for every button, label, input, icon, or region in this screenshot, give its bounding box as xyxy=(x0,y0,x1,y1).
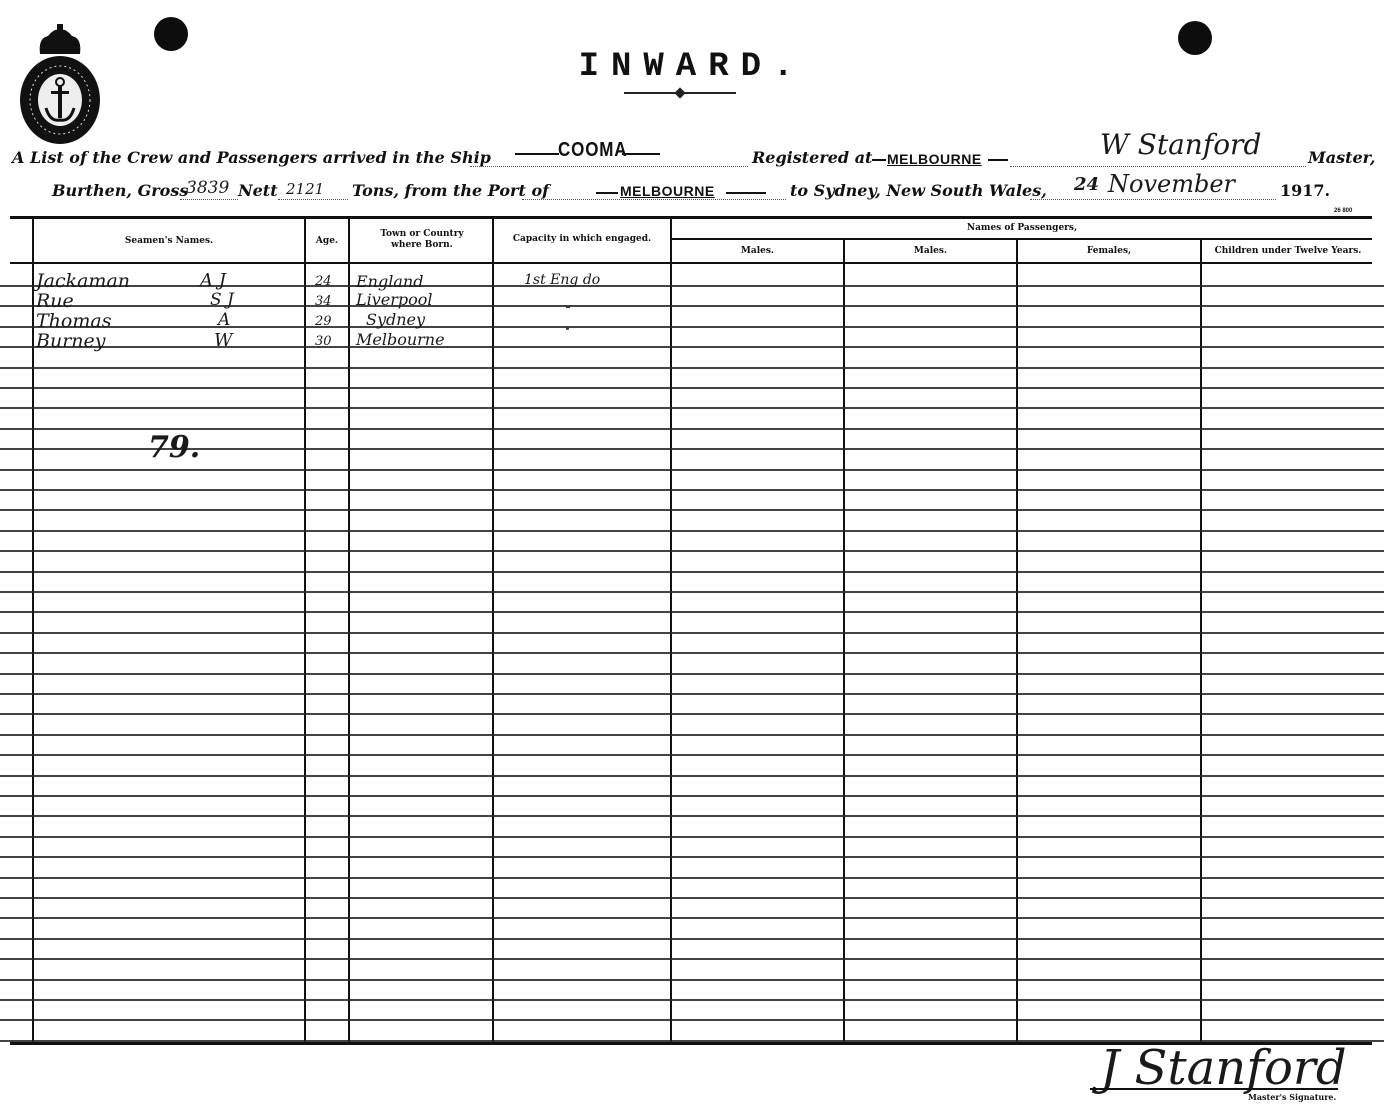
ruled-line xyxy=(0,979,1384,981)
row-1-surname: Jackaman xyxy=(36,270,130,292)
ship-name: COOMA xyxy=(558,139,627,162)
port-dash-right xyxy=(726,192,766,194)
ruled-line xyxy=(0,754,1384,756)
master-dotted-line xyxy=(1010,166,1306,167)
arrival-year: 1917. xyxy=(1280,181,1330,200)
col-line-males2 xyxy=(843,240,845,1044)
row-2-surname: Rue xyxy=(36,290,74,312)
ruled-line xyxy=(0,897,1384,899)
row-3-surname: Thomas xyxy=(36,310,111,332)
list-intro-label: A List of the Crew and Passengers arrive… xyxy=(12,148,491,167)
ruled-line xyxy=(0,958,1384,960)
ruled-line xyxy=(0,856,1384,858)
arrival-day: 24 xyxy=(1074,174,1099,195)
row-3-born: Sydney xyxy=(366,310,425,329)
col-line-born xyxy=(348,218,350,1044)
table-header-bottom-rule xyxy=(10,262,1372,264)
ruled-line xyxy=(0,1019,1384,1021)
ruled-line xyxy=(0,530,1384,532)
col-line-age xyxy=(304,218,306,1044)
ruled-line xyxy=(0,509,1384,511)
col-line-left xyxy=(32,218,34,1044)
date-dotted-line xyxy=(1030,199,1276,200)
gross-dotted-line xyxy=(180,199,238,200)
arrival-month: November xyxy=(1108,170,1235,198)
nett-label: Nett xyxy=(238,181,278,200)
row-2-initials: S J xyxy=(210,290,234,310)
nett-tons-value: 2121 xyxy=(286,180,324,198)
port-dash-left xyxy=(596,192,618,194)
document-title: INWARD. xyxy=(0,48,1384,86)
ruled-line xyxy=(0,917,1384,919)
signature-line xyxy=(1090,1088,1338,1090)
ruled-line xyxy=(0,673,1384,675)
table-top-rule xyxy=(10,216,1372,219)
ruled-line xyxy=(0,795,1384,797)
ruled-line xyxy=(0,469,1384,471)
header-capacity: Capacity in which engaged. xyxy=(494,234,670,245)
header-children: Children under Twelve Years. xyxy=(1202,246,1374,257)
row-2-age: 34 xyxy=(315,294,332,309)
header-males-1: Males. xyxy=(672,246,843,257)
row-3-age: 29 xyxy=(315,314,332,329)
ruled-line xyxy=(0,836,1384,838)
ruled-line xyxy=(0,877,1384,879)
ruled-line xyxy=(0,387,1384,389)
row-2-born: Liverpool xyxy=(356,290,433,309)
gross-tons-value: 3839 xyxy=(186,178,229,198)
registered-dash-right xyxy=(988,159,1008,161)
ruled-line xyxy=(0,938,1384,940)
ruled-line xyxy=(0,550,1384,552)
ruled-line xyxy=(0,652,1384,654)
ruled-line xyxy=(0,571,1384,573)
punch-hole-left xyxy=(154,17,188,51)
ruled-line xyxy=(0,713,1384,715)
burthen-gross-label: Burthen, Gross xyxy=(52,181,188,200)
ruled-line xyxy=(0,815,1384,817)
ruled-line xyxy=(0,693,1384,695)
registered-at-label: Registered at xyxy=(752,148,872,167)
ruled-line xyxy=(0,632,1384,634)
header-age: Age. xyxy=(306,236,348,247)
header-passengers-group: Names of Passengers, xyxy=(672,223,1372,234)
row-4-born: Melbourne xyxy=(356,330,445,349)
ditto-marks-2 xyxy=(566,327,569,330)
tons-from-port-label: Tons, from the Port of xyxy=(352,181,549,200)
master-label: Master, xyxy=(1308,148,1376,167)
col-line-passengers xyxy=(670,218,672,1044)
tally-annotation: 79. xyxy=(148,430,200,465)
row-1-born: England xyxy=(356,272,423,291)
ditto-marks xyxy=(566,306,570,308)
header-town-country: Town or Country where Born. xyxy=(374,229,470,251)
ruled-line xyxy=(0,367,1384,369)
col-line-females xyxy=(1016,240,1018,1044)
ruled-line xyxy=(0,611,1384,613)
header-seamen-names: Seamen's Names. xyxy=(34,236,304,247)
to-sydney-label: to Sydney, New South Wales, xyxy=(790,181,1047,200)
col-line-children xyxy=(1200,240,1202,1044)
ruled-line xyxy=(0,326,1384,328)
ruled-line xyxy=(0,407,1384,409)
ruled-line xyxy=(0,775,1384,777)
ship-name-dash-left xyxy=(515,153,559,155)
header-males-2: Males. xyxy=(845,246,1016,257)
ruled-line xyxy=(0,448,1384,450)
master-name-handwritten: W Stanford xyxy=(1100,128,1261,161)
ruled-line xyxy=(0,489,1384,491)
row-4-age: 30 xyxy=(315,334,332,349)
row-1-initials: A J xyxy=(200,270,226,291)
row-4-surname: Burney xyxy=(36,330,106,352)
registered-dash-left xyxy=(872,159,886,161)
port-of-value: MELBOURNE xyxy=(620,183,715,199)
row-1-capacity: 1st Eng do xyxy=(524,272,600,288)
row-1-age: 24 xyxy=(315,274,332,289)
title-ornament-diamond xyxy=(674,87,685,98)
ruled-line xyxy=(0,999,1384,1001)
form-code: 26 800 xyxy=(1334,208,1352,214)
ruled-line xyxy=(0,305,1384,307)
ruled-line xyxy=(0,734,1384,736)
row-4-initials: W xyxy=(214,330,233,351)
ruled-line xyxy=(0,428,1384,430)
port-dotted-line xyxy=(522,199,786,200)
ruled-line xyxy=(0,346,1384,348)
ship-name-dotted-line xyxy=(470,166,748,167)
ruled-line xyxy=(0,591,1384,593)
ship-name-dash-right xyxy=(622,153,660,155)
row-3-initials: A xyxy=(218,310,230,330)
signature-label: Master's Signature. xyxy=(1248,1092,1336,1102)
col-line-capacity xyxy=(492,218,494,1044)
registered-at-value: MELBOURNE xyxy=(887,151,982,167)
passengers-group-rule xyxy=(672,238,1372,240)
header-females: Females, xyxy=(1018,246,1200,257)
nett-dotted-line xyxy=(278,199,348,200)
